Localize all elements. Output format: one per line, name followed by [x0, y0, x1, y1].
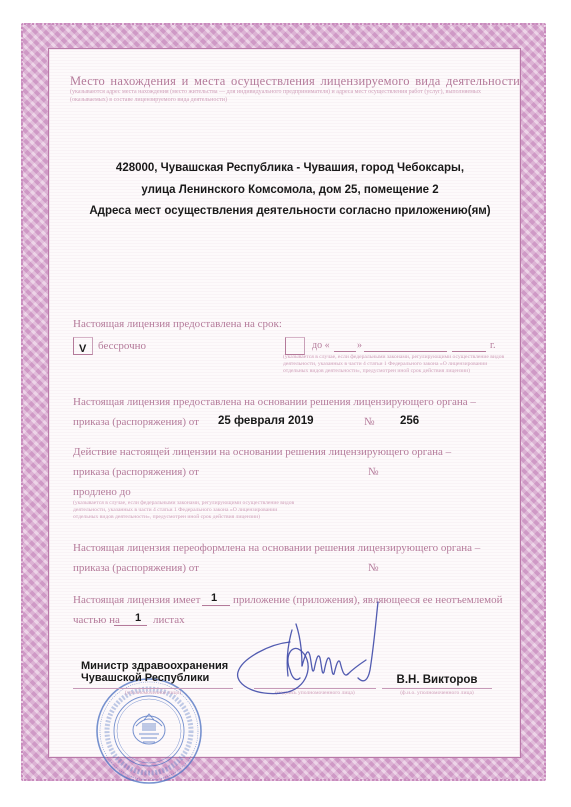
extended-until-label: продлено до — [73, 486, 131, 498]
signatory-position-line-2: Чувашской Республики — [81, 672, 209, 684]
signatory-name: В.Н. Викторов — [382, 674, 492, 686]
appendix-count-line — [202, 605, 230, 606]
until-month-line[interactable] — [364, 351, 447, 352]
until-mid: » — [357, 340, 362, 351]
name-line — [382, 688, 492, 689]
address-line-2: улица Ленинского Комсомола, дом 25, поме… — [60, 184, 520, 196]
sheets-count: 1 — [135, 612, 141, 624]
until-suffix: г. — [490, 340, 495, 351]
name-caption: (ф.и.о. уполномоченного лица) — [382, 690, 492, 696]
basis-line-1: Настоящая лицензия предоставлена на осно… — [73, 396, 476, 408]
address-line-3: Адреса мест осуществления деятельности с… — [60, 205, 520, 217]
basis-line-2-label: приказа (распоряжения) от — [73, 416, 199, 428]
basis-number-label: № — [364, 416, 375, 428]
until-note: (указывается в случае, если федеральными… — [283, 354, 505, 375]
sheets-suffix: листах — [153, 614, 185, 626]
appendix-prefix: Настоящая лицензия имеет — [73, 594, 200, 606]
basis-number: 256 — [400, 415, 419, 427]
position-line — [73, 688, 233, 689]
header-title: Место нахождения и места осуществления л… — [70, 74, 520, 89]
reissue-number-label: № — [368, 562, 379, 574]
header-note: (указываются адрес места нахождения (мес… — [70, 89, 520, 104]
until-prefix: до « — [312, 340, 330, 351]
position-caption: (уполномоченное лицо) — [73, 690, 233, 696]
extension-line-2-label: приказа (распоряжения) от — [73, 466, 199, 478]
extension-note: (указывается в случае, если федеральными… — [73, 500, 298, 521]
until-year-line[interactable] — [452, 351, 486, 352]
extension-line-1: Действие настоящей лицензии на основании… — [73, 446, 451, 458]
sheets-count-line — [114, 625, 147, 626]
sheets-prefix: частью на — [73, 614, 120, 626]
indefinite-check-mark: V — [79, 343, 86, 355]
term-label: Настоящая лицензия предоставлена на срок… — [73, 318, 282, 330]
basis-date: 25 февраля 2019 — [218, 415, 314, 427]
handwritten-signature-icon — [230, 600, 390, 710]
indefinite-label: бессрочно — [98, 340, 146, 352]
appendix-count: 1 — [211, 592, 217, 604]
reissue-line-2-label: приказа (распоряжения) от — [73, 562, 199, 574]
reissue-line-1: Настоящая лицензия переоформлена на осно… — [73, 542, 480, 554]
address-line-1: 428000, Чувашская Республика - Чувашия, … — [60, 162, 520, 174]
until-day-line[interactable] — [334, 351, 356, 352]
signatory-position-line-1: Министр здравоохранения — [81, 660, 228, 672]
until-checkbox[interactable] — [285, 337, 305, 355]
extension-number-label: № — [368, 466, 379, 478]
